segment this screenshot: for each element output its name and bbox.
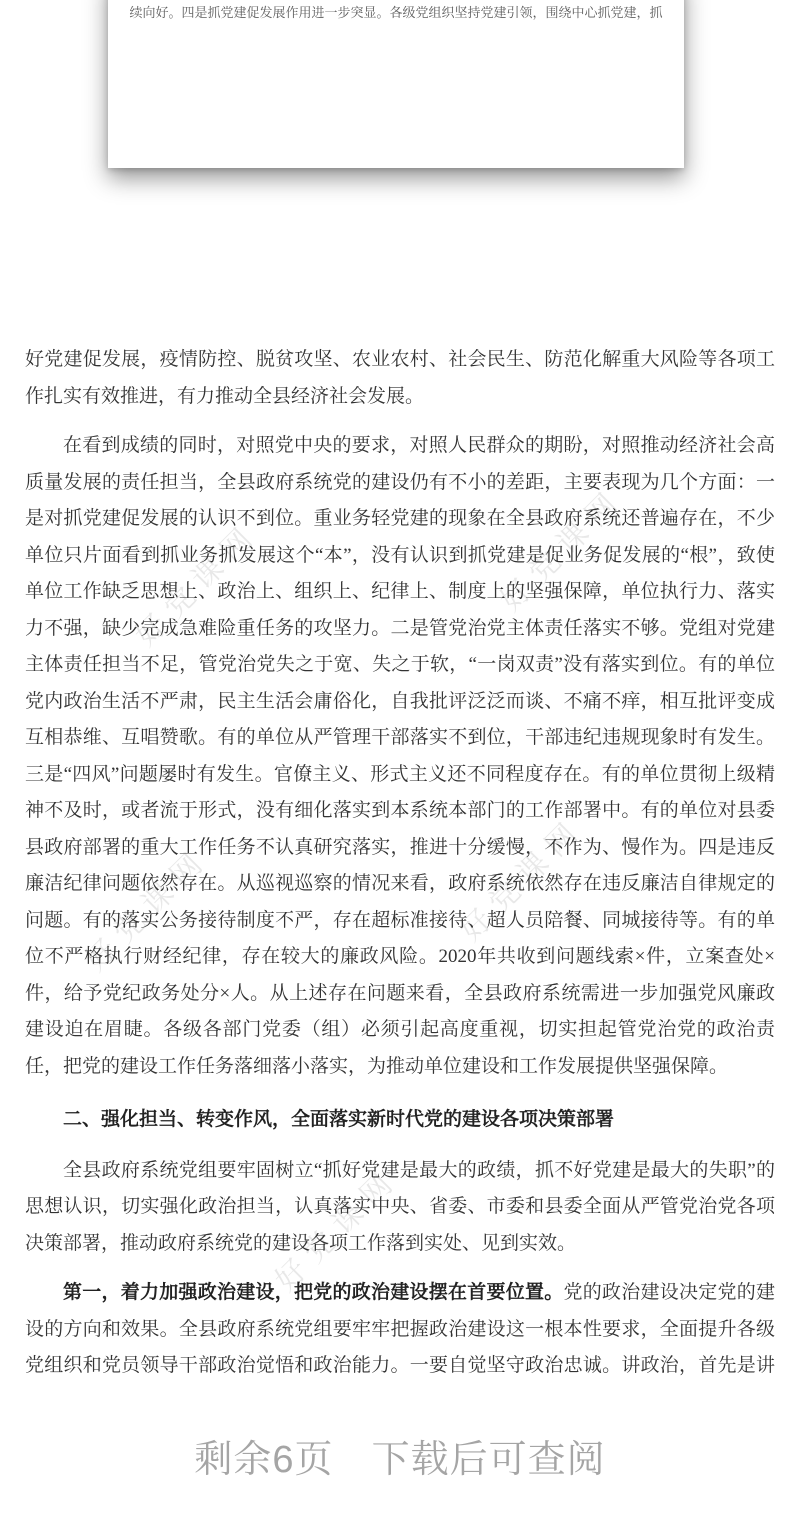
remaining-pages-count: 剩余6页 [194, 1439, 333, 1481]
paragraph-ideology: 全县政府系统党组要牢固树立“抓好党建是最大的政绩，抓不好党建是最大的失职”的思想… [25, 1153, 775, 1263]
previous-page-card: 续向好。四是抓党建促发展作用进一步突显。各级党组织坚持党建引领，围绕中心抓党建，… [108, 0, 684, 168]
remaining-pages-notice: 剩余6页下载后可查阅 [0, 1428, 800, 1483]
previous-page-partial-text: 续向好。四是抓党建促发展作用进一步突显。各级党组织坚持党建引领，围绕中心抓党建，… [108, 2, 684, 21]
paragraph-first-point-lead: 第一，着力加强政治建设，把党的政治建设摆在首要位置。 [63, 1282, 563, 1303]
download-to-view-hint: 下载后可查阅 [372, 1439, 606, 1481]
paragraph-continuation: 好党建促发展，疫情防控、脱贫攻坚、农业农村、社会民生、防范化解重大风险等各项工作… [25, 342, 775, 415]
document-body: 好党建促发展，疫情防控、脱贫攻坚、农业农村、社会民生、防范化解重大风险等各项工作… [25, 342, 775, 1388]
document-preview-page: 续向好。四是抓党建促发展作用进一步突显。各级党组织坚持党建引领，围绕中心抓党建，… [0, 0, 800, 1536]
paragraph-first-point: 第一，着力加强政治建设，把党的政治建设摆在首要位置。党的政治建设决定党的建设的方… [25, 1275, 775, 1388]
section-heading-2: 二、强化担当、转变作风，全面落实新时代党的建设各项决策部署 [25, 1102, 775, 1139]
paragraph-problems: 在看到成绩的同时，对照党中央的要求，对照人民群众的期盼，对照推动经济社会高质量发… [25, 428, 775, 1085]
